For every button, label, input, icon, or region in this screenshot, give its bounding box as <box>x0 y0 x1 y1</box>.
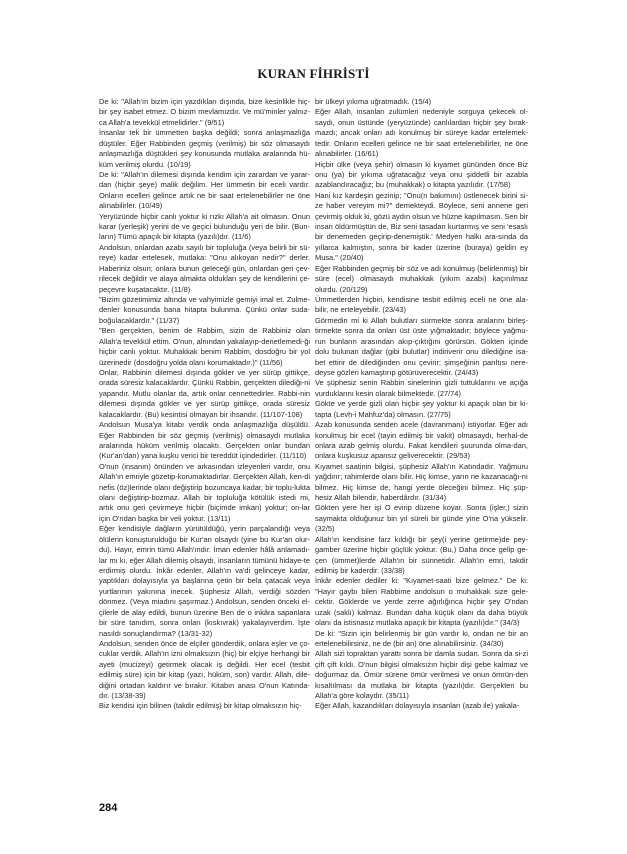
verse-entry: De ki: "Allah'ın bizim için yazdıkları d… <box>99 97 310 128</box>
verse-entry: Eğer Allah, insanları zulümleri nedeniyl… <box>315 107 528 159</box>
left-column: De ki: "Allah'ın bizim için yazdıkları d… <box>99 97 310 712</box>
verse-entry: Azab konusunda senden acele (davranmanı)… <box>315 420 528 462</box>
page-title: KURAN FİHRİSTİ <box>0 66 627 82</box>
verse-entry: Eğer kendisiyle dağların yürütüldüğü, ye… <box>99 524 310 639</box>
verse-entry: Ve şüphesiz senin Rabbin sinelerinin giz… <box>315 378 528 399</box>
verse-entry: Ümmetlerden hiçbiri, kendisine tesbit ed… <box>315 295 528 316</box>
verse-entry: Eğer Rabbinden geçmiş bir söz ve adı kon… <box>315 264 528 295</box>
verse-entry: Hiçbir ülke (veya şehir) olmasın ki kıya… <box>315 160 528 191</box>
verse-entry: Biz kendisi için bilinen (takdir edilmiş… <box>99 701 310 711</box>
verse-entry: Onlar, Rabbinin dilemesi dışında gökler … <box>99 368 310 420</box>
verse-entry: bir ülkeyi yıkıma uğratmadık. (15/4) <box>315 97 528 107</box>
verse-entry: Andolsun Musa'ya kitabı verdik onda anla… <box>99 420 310 462</box>
verse-entry: "Ben gerçekten, benim de Rabbim, sizin d… <box>99 326 310 368</box>
verse-entry: Allah'ın kendisine farz kıldığı bir şey(… <box>315 535 528 577</box>
verse-entry: De ki: "Sizin için belirlenmiş bir gün v… <box>315 629 528 650</box>
verse-entry: Gökte ve yerde gizli olan hiçbir şey yok… <box>315 399 528 420</box>
page-number: 284 <box>99 802 117 814</box>
right-column: bir ülkeyi yıkıma uğratmadık. (15/4) Eğe… <box>315 97 528 712</box>
verse-entry: Eğer Allah, kazandıkları dolayısıyla ins… <box>315 701 528 711</box>
verse-entry: De ki: "Allah'ın dilemesi dışında kendim… <box>99 170 310 212</box>
verse-entry: Görmedin mi ki Allah bulutları sürmekte … <box>315 316 528 379</box>
verse-entry: Andolsun, senden önce de elçiler gönderd… <box>99 639 310 702</box>
verse-entry: O'nun (insanın) önünden ve arkasından iz… <box>99 462 310 525</box>
verse-entry: "Bizim gözetimimiz altında ve vahyimizle… <box>99 295 310 326</box>
verse-entry: Allah sizi topraktan yarattı sonra bir d… <box>315 649 528 701</box>
verse-entry: Kıyamet saatinin bilgisi, şüphesiz Allah… <box>315 462 528 504</box>
verse-entry: Hani kız kardeşin gezinip; "Onu(n bakımı… <box>315 191 528 264</box>
verse-entry: Andolsun, onlardan azabı sayılı bir topl… <box>99 243 310 295</box>
verse-entry: Gökten yere her işi O evirip düzene koya… <box>315 503 528 534</box>
document-page: KURAN FİHRİSTİ De ki: "Allah'ın bizim iç… <box>0 0 627 854</box>
verse-entry: Yeryüzünde hiçbir canlı yoktur ki rızkı … <box>99 212 310 243</box>
verse-entry: İnkâr edenler dediler ki: "Kıyamet-saati… <box>315 576 528 628</box>
verse-entry: İnsanlar tek bir ümmetten başka değildi;… <box>99 128 310 170</box>
